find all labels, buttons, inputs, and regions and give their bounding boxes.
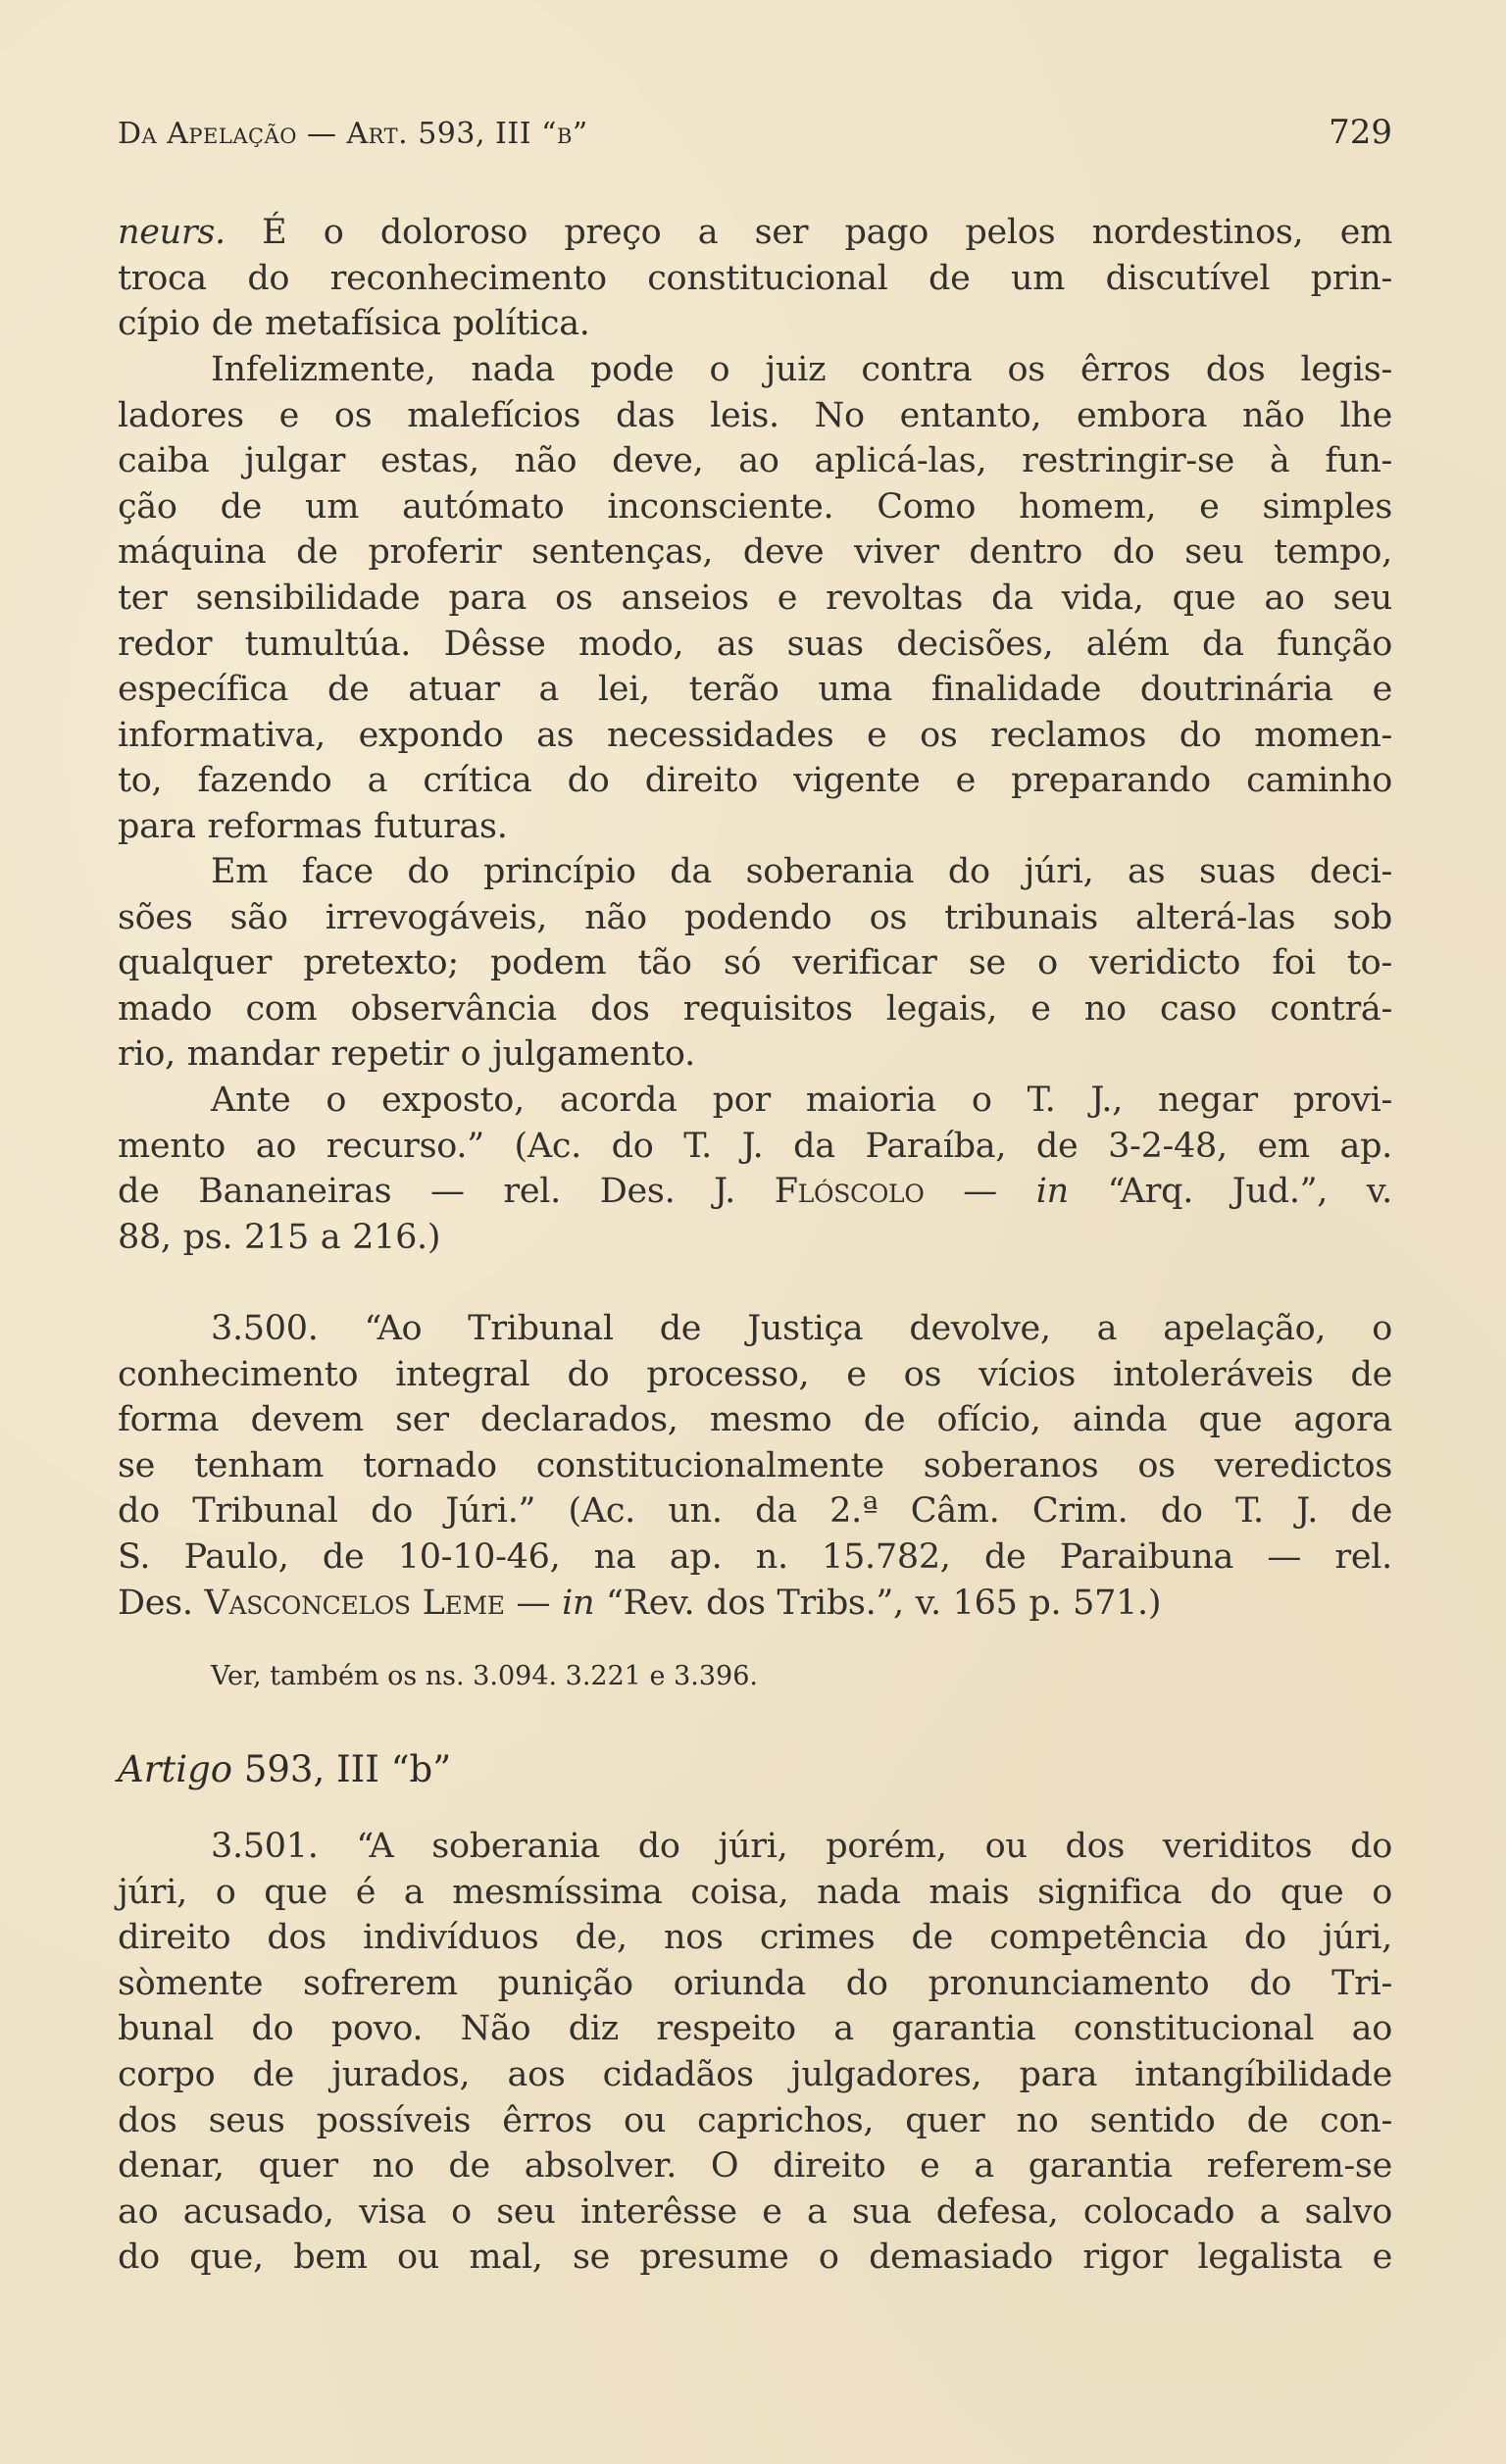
text-line: ladores e os malefícios das leis. No ent…: [118, 393, 1392, 439]
text-line: de Bananeiras — rel. Des. J. Flóscolo — …: [118, 1169, 1392, 1215]
text-line: neurs. É o doloroso preço a ser pago pel…: [118, 210, 1392, 256]
text-line: dos seus possíveis êrros ou caprichos, q…: [118, 2098, 1392, 2144]
section-heading: Artigo 593, III “b”: [118, 1747, 451, 1792]
running-head: Da Apelação — Art. 593, III “b” 729: [118, 113, 1392, 156]
text-line: 88, ps. 215 a 216.): [118, 1215, 1392, 1261]
italic-word: in: [562, 1584, 594, 1623]
text-line: denar, quer no de absolver. O direito e …: [118, 2143, 1392, 2189]
text-line: se tenham tornado constitucionalmente so…: [118, 1443, 1392, 1489]
author-name: Vasconcelos Leme: [205, 1584, 505, 1623]
running-title: Da Apelação — Art. 593, III “b”: [118, 117, 588, 151]
text-line: específica de atuar a lei, terão uma fin…: [118, 667, 1392, 713]
text-line: ter sensibilidade para os anseios e revo…: [118, 576, 1392, 622]
text-line: rio, mandar repetir o julgamento.: [118, 1031, 1392, 1078]
text-line: S. Paulo, de 10-10-46, na ap. n. 15.782,…: [118, 1534, 1392, 1581]
text-line: corpo de jurados, aos cidadãos julgadore…: [118, 2052, 1392, 2098]
text-line: ção de um autómato inconsciente. Como ho…: [118, 484, 1392, 530]
text-line: bunal do povo. Não diz respeito a garant…: [118, 2006, 1392, 2052]
text-line: mado com observância dos requisitos lega…: [118, 986, 1392, 1032]
text-line: Des. Vasconcelos Leme — in “Rev. dos Tri…: [118, 1581, 1392, 1627]
text-line: do que, bem ou mal, se presume o demasia…: [118, 2235, 1392, 2281]
italic-word: neurs.: [118, 213, 226, 252]
entry-3501: 3.501. “A soberania do júri, porém, ou d…: [118, 1824, 1392, 2281]
text-line: forma devem ser declarados, mesmo de ofí…: [118, 1397, 1392, 1443]
text-line: troca do reconhecimento constitucional d…: [118, 256, 1392, 302]
paragraph-em-face: Em face do princípio da soberania do júr…: [118, 849, 1392, 1078]
text-line: 3.501. “A soberania do júri, porém, ou d…: [118, 1824, 1392, 1870]
text-line: ao acusado, visa o seu interêsse e a sua…: [118, 2189, 1392, 2236]
text-line: redor tumultúa. Dêsse modo, as suas deci…: [118, 622, 1392, 668]
text-line: sões são irrevogáveis, não podendo os tr…: [118, 895, 1392, 941]
see-also-note: Ver, também os ns. 3.094. 3.221 e 3.396.: [211, 1659, 758, 1694]
text-line: Em face do princípio da soberania do júr…: [118, 849, 1392, 895]
text-line: Infelizmente, nada pode o juiz contra os…: [118, 347, 1392, 393]
text-line: conhecimento integral do processo, e os …: [118, 1352, 1392, 1398]
text-line: do Tribunal do Júri.” (Ac. un. da 2.ª Câ…: [118, 1488, 1392, 1534]
text-line: Ante o exposto, acorda por maioria o T. …: [118, 1078, 1392, 1124]
text-line: júri, o que é a mesmíssima coisa, nada m…: [118, 1870, 1392, 1916]
author-name: Flóscolo: [775, 1172, 925, 1211]
text-line: máquina de proferir sentenças, deve vive…: [118, 529, 1392, 576]
paragraph-infelizmente: Infelizmente, nada pode o juiz contra os…: [118, 347, 1392, 850]
text-line: direito dos indivíduos de, nos crimes de…: [118, 1915, 1392, 1961]
paragraph-continuation: neurs. É o doloroso preço a ser pago pel…: [118, 210, 1392, 347]
italic-word: in: [1036, 1172, 1069, 1211]
text-line: mento ao recurso.” (Ac. do T. J. da Para…: [118, 1124, 1392, 1170]
text-line: caiba julgar estas, não deve, ao aplicá-…: [118, 438, 1392, 484]
text-line: 3.500. “Ao Tribunal de Justiça devolve, …: [118, 1306, 1392, 1352]
page-number: 729: [1329, 113, 1392, 152]
heading-italic: Artigo: [118, 1748, 232, 1790]
text-line: cípio de metafísica política.: [118, 301, 1392, 347]
text-line: to, fazendo a crítica do direito vigente…: [118, 758, 1392, 804]
entry-3500: 3.500. “Ao Tribunal de Justiça devolve, …: [118, 1306, 1392, 1626]
text-line: sòmente sofrerem punição oriunda do pron…: [118, 1961, 1392, 2007]
text-line: qualquer pretexto; podem tão só verifica…: [118, 940, 1392, 986]
text-line: informativa, expondo as necessidades e o…: [118, 713, 1392, 759]
paragraph-ante-o-exposto: Ante o exposto, acorda por maioria o T. …: [118, 1078, 1392, 1260]
text-line: para reformas futuras.: [118, 804, 1392, 850]
